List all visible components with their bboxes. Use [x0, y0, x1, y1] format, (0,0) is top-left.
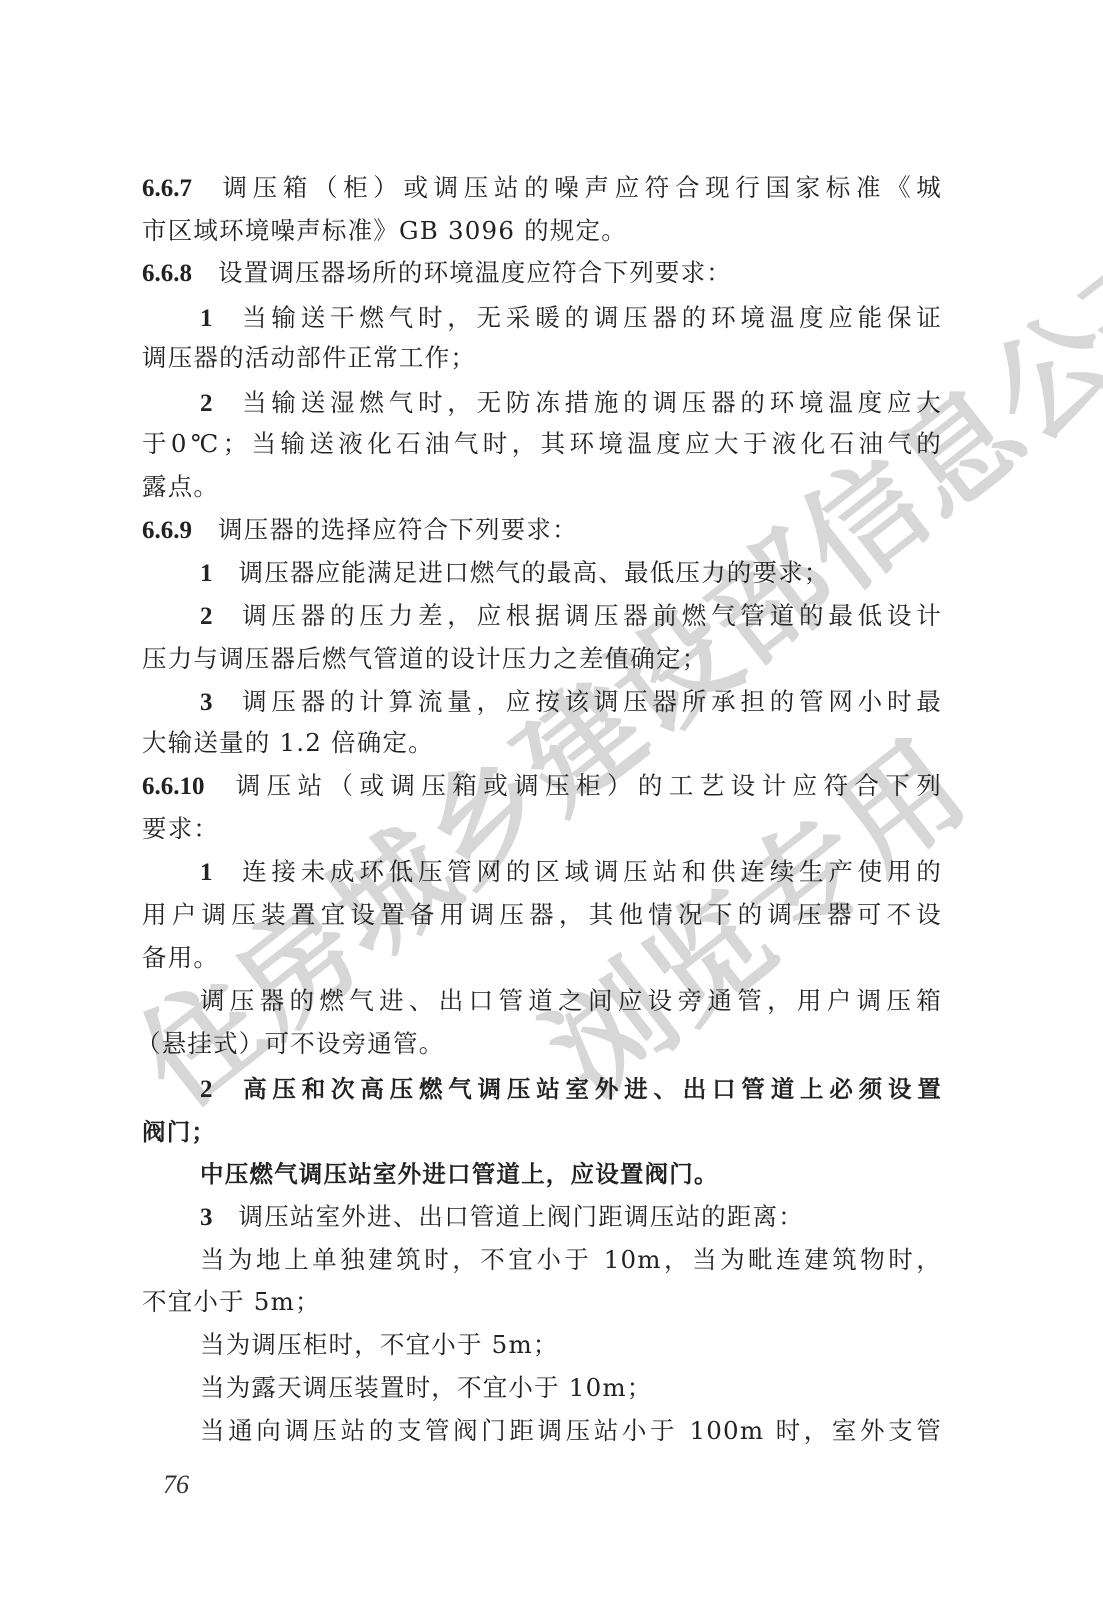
clause-6-6-8-item-1-line-2: 调压器的活动部件正常工作；: [142, 338, 942, 378]
clause-6-6-10-item-1-line-3: 备用。: [142, 938, 942, 978]
page-number: 76: [163, 1470, 189, 1500]
item-number: 1: [200, 299, 213, 339]
clause-6-6-9-item-2-line-1: 2调压器的压力差，应根据调压器前燃气管道的最低设计: [200, 596, 942, 636]
clause-6-6-8-item-2-line-2: 于0℃；当输送液化石油气时，其环境温度应大于液化石油气的: [142, 424, 942, 464]
clause-6-6-7-line-1: 6.6.7调压箱（柜）或调压站的噪声应符合现行国家标准《城: [142, 168, 942, 208]
item-text: 调压器的压力差，应根据调压器前燃气管道的最低设计: [239, 601, 943, 630]
clause-6-6-10-item-1-line-1: 1连接未成环低压管网的区域调压站和供连续生产使用的: [200, 852, 942, 892]
item-text: 调压器的计算流量，应按该调压器所承担的管网小时最: [239, 687, 943, 716]
clause-6-6-8-item-1-line-1: 1当输送干燃气时，无采暖的调压器的环境温度应能保证: [200, 298, 942, 338]
clause-6-6-9-item-2-line-2: 压力与调压器后燃气管道的设计压力之差值确定；: [142, 639, 942, 679]
clause-6-6-10-item-3-sub-2: 当为调压柜时，不宜小于 5m；: [200, 1325, 942, 1365]
clause-number: 6.6.9: [142, 511, 192, 551]
clause-text: 设置调压器场所的环境温度应符合下列要求：: [218, 258, 732, 287]
clause-6-6-10-item-3-line-1: 3调压站室外进、出口管道上阀门距调压站的距离：: [200, 1197, 942, 1237]
clause-number: 6.6.8: [142, 254, 192, 294]
item-text: 当输送湿燃气时，无防冻措施的调压器的环境温度应大: [239, 388, 943, 417]
item-number: 1: [200, 554, 213, 594]
item-number: 1: [200, 853, 213, 893]
item-text: 当输送干燃气时，无采暖的调压器的环境温度应能保证: [239, 303, 943, 332]
clause-6-6-10-line-2: 要求：: [142, 809, 942, 849]
clause-6-6-9-item-1: 1调压器应能满足进口燃气的最高、最低压力的要求；: [200, 553, 942, 593]
clause-6-6-8-item-2-line-1: 2当输送湿燃气时，无防冻措施的调压器的环境温度应大: [200, 383, 942, 423]
clause-6-6-10-item-1-line-2: 用户调压装置宜设置备用调压器，其他情况下的调压器可不设: [142, 895, 942, 935]
clause-6-6-10-item-1-para-2-line-1: 调压器的燃气进、出口管道之间应设旁通管，用户调压箱: [200, 981, 942, 1021]
clause-6-6-10-item-2-para-2: 中压燃气调压站室外进口管道上，应设置阀门。: [200, 1154, 942, 1194]
item-text: 调压站室外进、出口管道上阀门距调压站的距离：: [239, 1202, 804, 1231]
clause-6-6-9-heading: 6.6.9调压器的选择应符合下列要求：: [142, 510, 942, 550]
clause-6-6-8-item-2-line-3: 露点。: [142, 467, 942, 507]
clause-6-6-10-item-3-sub-3: 当为露天调压装置时，不宜小于 10m；: [200, 1368, 942, 1408]
clause-text: 调压箱（柜）或调压站的噪声应符合现行国家标准《城: [218, 173, 942, 202]
item-text: 高压和次高压燃气调压站室外进、出口管道上必须设置: [239, 1075, 943, 1103]
clause-6-6-10-item-2-line-2: 阀门；: [142, 1112, 942, 1152]
item-text: 调压器应能满足进口燃气的最高、最低压力的要求；: [239, 558, 830, 587]
clause-6-6-7-line-2: 市区域环境噪声标准》GB 3096 的规定。: [142, 211, 942, 251]
clause-6-6-10-item-3-sub-1-line-1: 当为地上单独建筑时，不宜小于 10m，当为毗连建筑物时，: [200, 1240, 942, 1280]
item-number: 2: [200, 597, 213, 637]
clause-6-6-10-line-1: 6.6.10调压站（或调压箱或调压柜）的工艺设计应符合下列: [142, 766, 942, 806]
clause-number: 6.6.10: [142, 767, 205, 807]
item-number: 2: [200, 1070, 213, 1110]
item-number: 3: [200, 683, 213, 723]
clause-text: 调压器的选择应符合下列要求：: [218, 515, 578, 544]
clause-6-6-9-item-3-line-2: 大输送量的 1.2 倍确定。: [142, 723, 942, 763]
clause-6-6-10-item-2-line-1: 2高压和次高压燃气调压站室外进、出口管道上必须设置: [200, 1069, 942, 1109]
document-page: 住房城乡建设部信息公开 浏览专用 6.6.7调压箱（柜）或调压站的噪声应符合现行…: [0, 0, 1103, 1598]
clause-6-6-10-item-3-sub-1-line-2: 不宜小于 5m；: [142, 1282, 942, 1322]
clause-6-6-9-item-3-line-1: 3调压器的计算流量，应按该调压器所承担的管网小时最: [200, 682, 942, 722]
clause-number: 6.6.7: [142, 169, 192, 209]
item-number: 2: [200, 384, 213, 424]
clause-text: 调压站（或调压箱或调压柜）的工艺设计应符合下列: [231, 771, 943, 800]
clause-6-6-8-heading: 6.6.8设置调压器场所的环境温度应符合下列要求：: [142, 253, 942, 293]
item-text: 连接未成环低压管网的区域调压站和供连续生产使用的: [239, 857, 943, 886]
item-number: 3: [200, 1198, 213, 1238]
clause-6-6-10-item-1-para-2-line-2: （悬挂式）可不设旁通管。: [136, 1024, 936, 1064]
clause-6-6-10-item-3-sub-4: 当通向调压站的支管阀门距调压站小于 100m 时，室外支管: [200, 1411, 942, 1451]
